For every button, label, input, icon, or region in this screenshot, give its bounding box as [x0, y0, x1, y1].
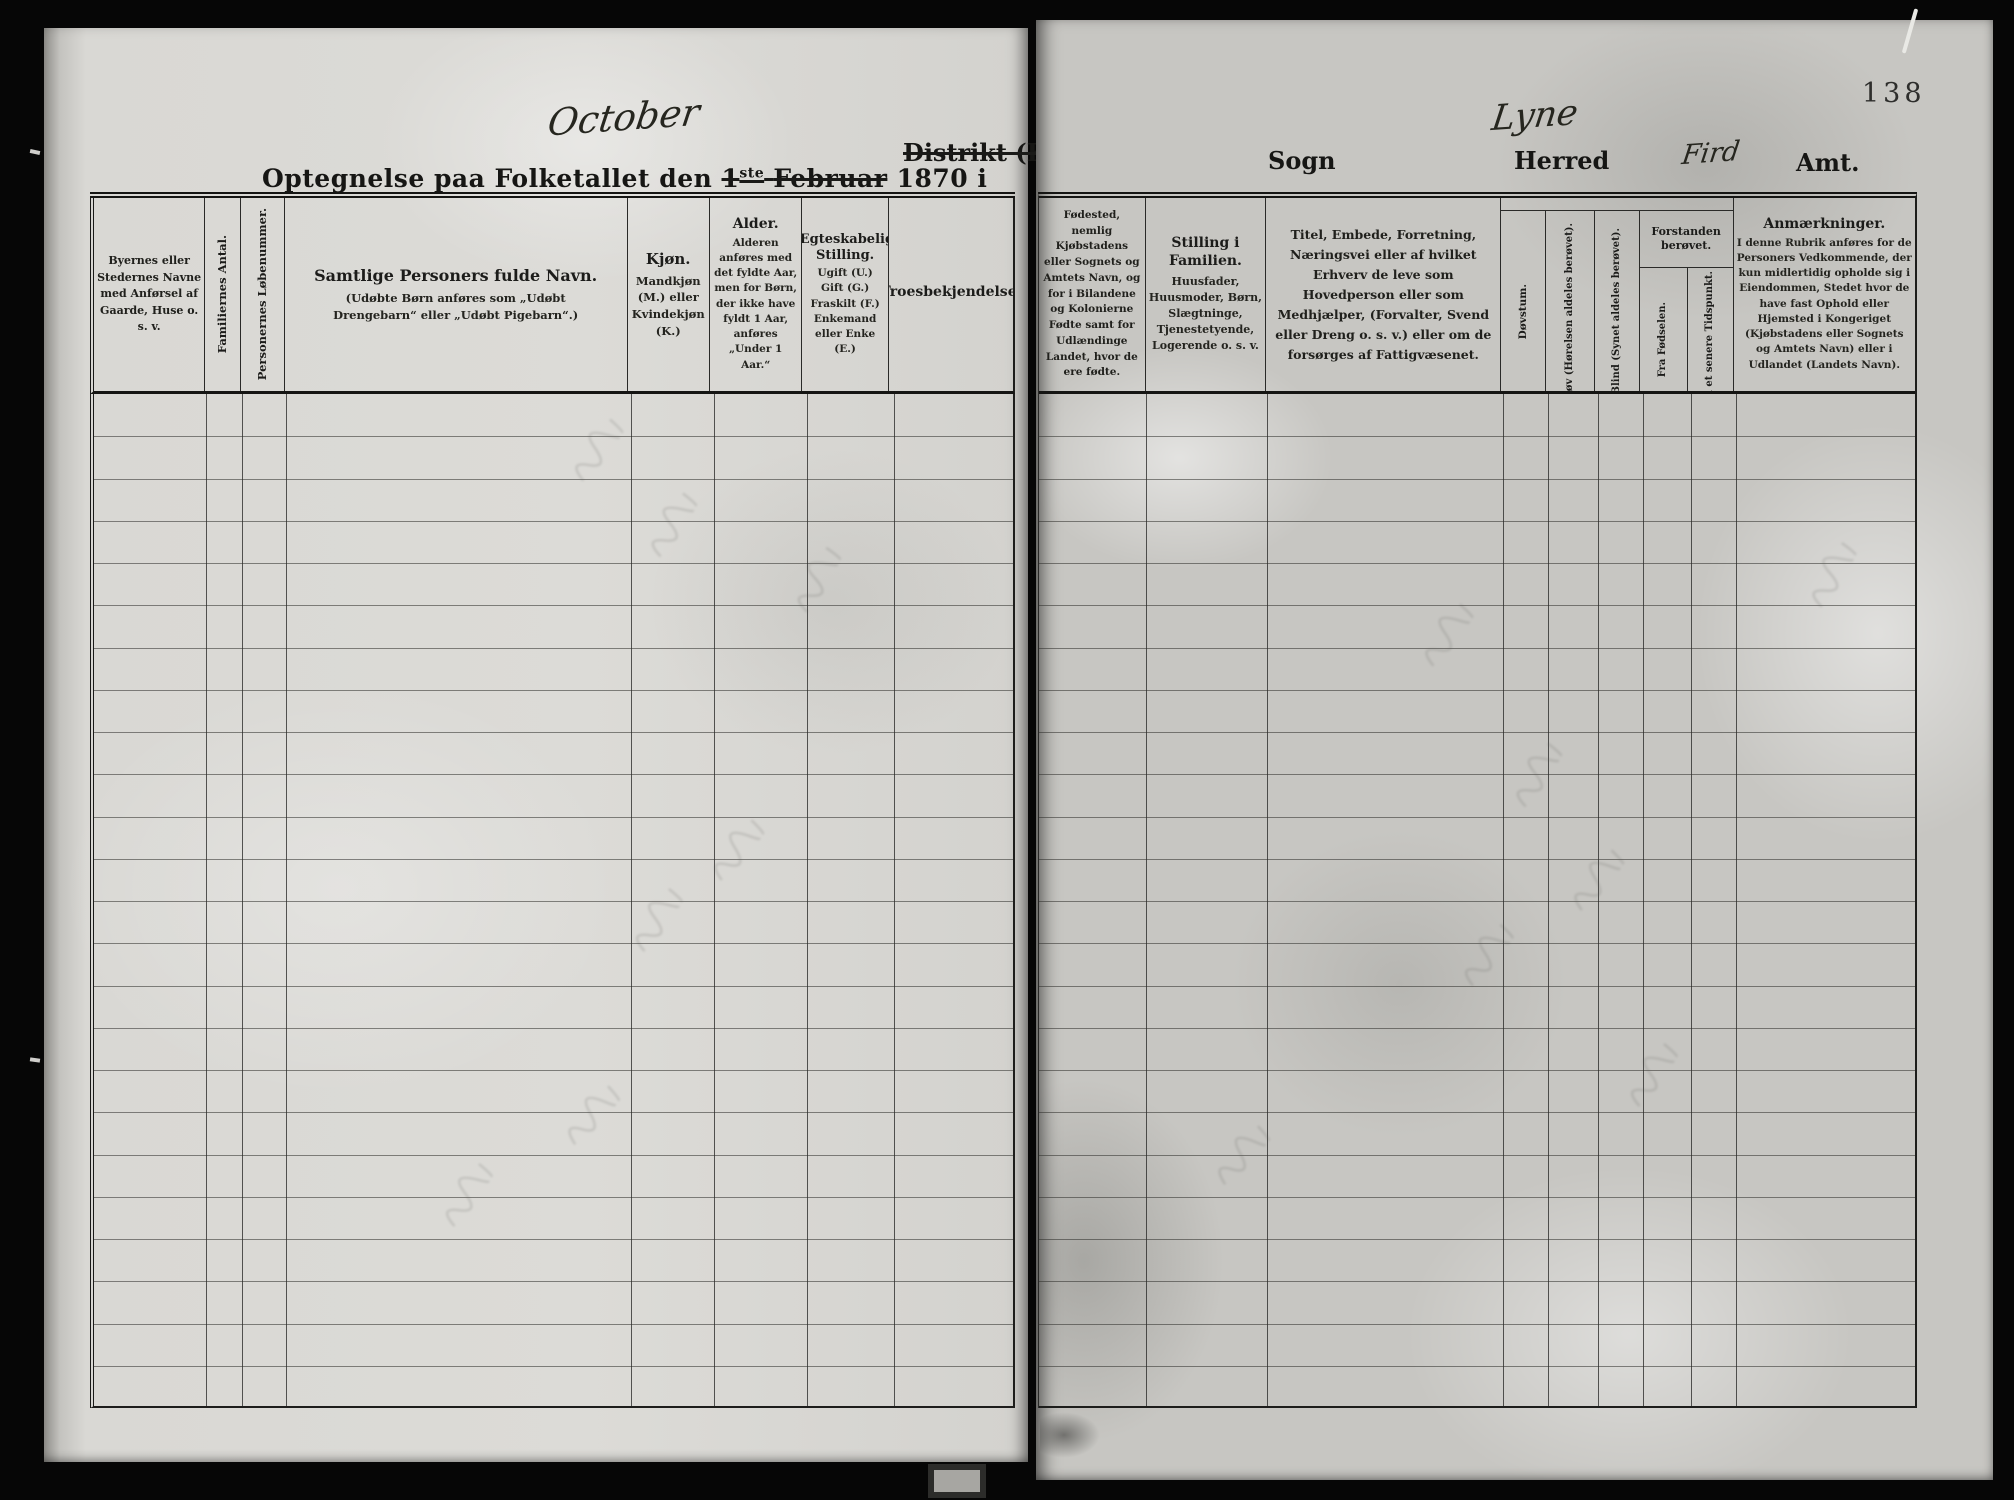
col-disabilities-group: Hvorvidt Vedkommende er: Døvstum. Døv (H…	[1501, 198, 1733, 391]
col-birthplace-label: Fødested, nemlig Kjøbstadens eller Sogne…	[1042, 208, 1142, 381]
table-row-line	[1039, 1281, 1915, 1282]
table-row-line	[1039, 1070, 1915, 1071]
table-row-line	[1039, 479, 1915, 480]
col-full-name: Samtlige Personers fulde Navn. (Udøbte B…	[285, 198, 628, 391]
col-religion-title: Troesbekjendelse.	[889, 284, 1013, 302]
table-row-line	[1039, 521, 1915, 522]
struck-date: 1ste Februar	[722, 164, 888, 193]
col-blind-label: Blind (Synet aldeles berøvet).	[1611, 228, 1623, 391]
col-marital-title: Ægteskabelig Stilling.	[802, 232, 888, 265]
col-insane-from-birth-label: Fra Fødselen.	[1657, 302, 1669, 377]
table-row-line	[94, 1197, 1013, 1198]
title-day-suffix: ste	[739, 166, 764, 182]
col-family-position-sub: Huusfader, Huusmoder, Børn, Slægtninge, …	[1149, 274, 1263, 354]
table-row-line	[1039, 859, 1915, 860]
table-row-line	[94, 1281, 1013, 1282]
col-sex-sub: Mandkjøn (M.) eller Kvindekjøn (K.)	[631, 273, 706, 340]
col-insane-from-birth: Fra Fødselen.	[1640, 268, 1688, 391]
column-divider	[714, 394, 715, 1406]
table-row-line	[1039, 690, 1915, 691]
col-place-names: Byernes eller Stedernes Navne med Anførs…	[94, 198, 205, 391]
table-row-line	[94, 690, 1013, 691]
right-table-body	[1039, 394, 1915, 1408]
col-marital-status: Ægteskabelig Stilling. Ugift (U.) Gift (…	[802, 198, 888, 391]
right-census-table: Fødested, nemlig Kjøbstadens eller Sogne…	[1038, 192, 1917, 1408]
column-divider	[1146, 394, 1147, 1406]
ink-smudge	[1040, 1412, 1100, 1458]
column-divider	[1267, 394, 1268, 1406]
column-divider	[206, 394, 207, 1406]
table-row-line	[1039, 732, 1915, 733]
col-place-names-label: Byernes eller Stedernes Navne med Anførs…	[97, 253, 201, 336]
column-divider	[1503, 394, 1504, 1406]
table-row-line	[94, 1366, 1013, 1367]
column-divider	[1643, 394, 1644, 1406]
col-marital-line2: Gift (G.)	[821, 281, 869, 296]
col-family-position: Stilling i Familien. Huusfader, Huusmode…	[1146, 198, 1267, 391]
table-row-line	[1039, 563, 1915, 564]
table-row-line	[1039, 1155, 1915, 1156]
column-divider	[631, 394, 632, 1406]
col-remarks-sub: I denne Rubrik anføres for de Personers …	[1737, 236, 1912, 373]
herred-label: Herred	[1514, 146, 1609, 175]
left-table-header: Byernes eller Stedernes Navne med Anførs…	[90, 198, 1015, 394]
table-row-line	[94, 774, 1013, 775]
sogn-label: Sogn	[1268, 146, 1336, 175]
col-deaf-label: Døv (Hørelsen aldeles berøvet).	[1564, 223, 1576, 391]
column-divider	[286, 394, 287, 1406]
table-row-line	[94, 436, 1013, 437]
col-religion: Troesbekjendelse.	[889, 198, 1013, 391]
table-row-line	[94, 901, 1013, 902]
col-insane-later: Fra et senere Tidspunkt.	[1688, 268, 1733, 391]
table-row-line	[1039, 817, 1915, 818]
table-row-line	[1039, 1366, 1915, 1367]
page-tab	[928, 1464, 986, 1498]
col-blind: Blind (Synet aldeles berøvet).	[1595, 211, 1639, 391]
title-lead: Optegnelse paa Folketallet den	[262, 164, 712, 193]
col-family-position-title: Stilling i Familien.	[1149, 235, 1263, 270]
col-birthplace: Fødested, nemlig Kjøbstadens eller Sogne…	[1039, 198, 1146, 391]
table-row-line	[1039, 901, 1915, 902]
table-row-line	[94, 1324, 1013, 1325]
col-person-number: Personernes Løbenummer.	[241, 198, 285, 391]
col-full-name-title: Samtlige Personers fulde Navn.	[314, 266, 597, 286]
column-divider	[1691, 394, 1692, 1406]
table-row-line	[94, 1070, 1013, 1071]
column-divider	[1736, 394, 1737, 1406]
left-census-table: Byernes eller Stedernes Navne med Anførs…	[90, 192, 1015, 1408]
title-day: 1	[722, 164, 740, 193]
col-marital-line1: Ugift (U.)	[817, 266, 872, 281]
table-row-line	[1039, 1112, 1915, 1113]
col-occupation: Titel, Embede, Forretning, Næringsvei el…	[1266, 198, 1501, 391]
col-family-count-label: Familiernes Antal.	[216, 235, 229, 353]
table-row-line	[94, 648, 1013, 649]
col-marital-line3: Fraskilt (F.)	[810, 297, 879, 312]
table-row-line	[94, 521, 1013, 522]
title-month-printed: Februar	[773, 164, 887, 193]
page-title: Optegnelse paa Folketallet den 1ste Febr…	[262, 164, 987, 193]
table-row-line	[1039, 1197, 1915, 1198]
table-row-line	[1039, 605, 1915, 606]
col-insane-group: Forstanden berøvet. Fra Fødselen. Fra et…	[1640, 211, 1733, 391]
table-row-line	[1039, 1239, 1915, 1240]
table-row-line	[94, 986, 1013, 987]
table-row-line	[1039, 436, 1915, 437]
col-remarks-title: Anmærkninger.	[1763, 216, 1885, 234]
table-row-line	[94, 859, 1013, 860]
table-row-line	[94, 1112, 1013, 1113]
col-deaf-mute: Døvstum.	[1501, 211, 1545, 391]
insane-group-title: Forstanden berøvet.	[1640, 211, 1733, 268]
col-insane-later-label: Fra et senere Tidspunkt.	[1704, 271, 1716, 391]
table-row-line	[94, 605, 1013, 606]
table-row-line	[1039, 1324, 1915, 1325]
col-deaf-mute-label: Døvstum.	[1517, 284, 1529, 339]
column-divider	[242, 394, 243, 1406]
col-sex: Kjøn. Mandkjøn (M.) eller Kvindekjøn (K.…	[628, 198, 710, 391]
col-sex-title: Kjøn.	[646, 250, 691, 269]
scanned-census-spread: Optegnelse paa Folketallet den 1ste Febr…	[0, 0, 2014, 1500]
col-occupation-label: Titel, Embede, Forretning, Næringsvei el…	[1269, 225, 1497, 365]
col-deaf: Døv (Hørelsen aldeles berøvet).	[1546, 211, 1595, 391]
title-year: 1870 i	[897, 164, 988, 193]
handwritten-herred: Lyne	[1489, 93, 1580, 139]
table-row-line	[94, 479, 1013, 480]
table-row-line	[94, 1028, 1013, 1029]
edge-mark	[30, 1057, 40, 1062]
disabilities-group-title: Hvorvidt Vedkommende er:	[1501, 198, 1732, 211]
column-divider	[894, 394, 895, 1406]
table-row-line	[94, 817, 1013, 818]
col-marital-line4: Enkemand eller Enke (E.)	[805, 312, 884, 358]
col-remarks: Anmærkninger. I denne Rubrik anføres for…	[1734, 198, 1915, 391]
table-row-line	[1039, 774, 1915, 775]
right-table-header: Fødested, nemlig Kjøbstadens eller Sogne…	[1039, 198, 1915, 394]
page-number: 138	[1862, 78, 1926, 109]
handwritten-amt: Fird	[1680, 136, 1742, 171]
col-age-title: Alder.	[733, 216, 779, 234]
column-divider	[1548, 394, 1549, 1406]
table-row-line	[94, 943, 1013, 944]
column-divider	[807, 394, 808, 1406]
table-row-line	[94, 563, 1013, 564]
col-age: Alder. Alderen anføres med det fyldte Aa…	[710, 198, 802, 391]
edge-mark	[30, 149, 41, 155]
col-age-sub: Alderen anføres med det fyldte Aar, men …	[713, 236, 798, 373]
col-family-count: Familiernes Antal.	[205, 198, 241, 391]
amt-label: Amt.	[1796, 148, 1859, 177]
table-row-line	[94, 1239, 1013, 1240]
left-table-body	[90, 394, 1015, 1408]
table-row-line	[94, 732, 1013, 733]
table-row-line	[1039, 648, 1915, 649]
table-row-line	[94, 1155, 1013, 1156]
table-row-line	[1039, 1028, 1915, 1029]
col-full-name-sub: (Udøbte Børn anføres som „Udøbt Drengeba…	[306, 290, 606, 323]
col-person-number-label: Personernes Løbenummer.	[256, 208, 269, 380]
